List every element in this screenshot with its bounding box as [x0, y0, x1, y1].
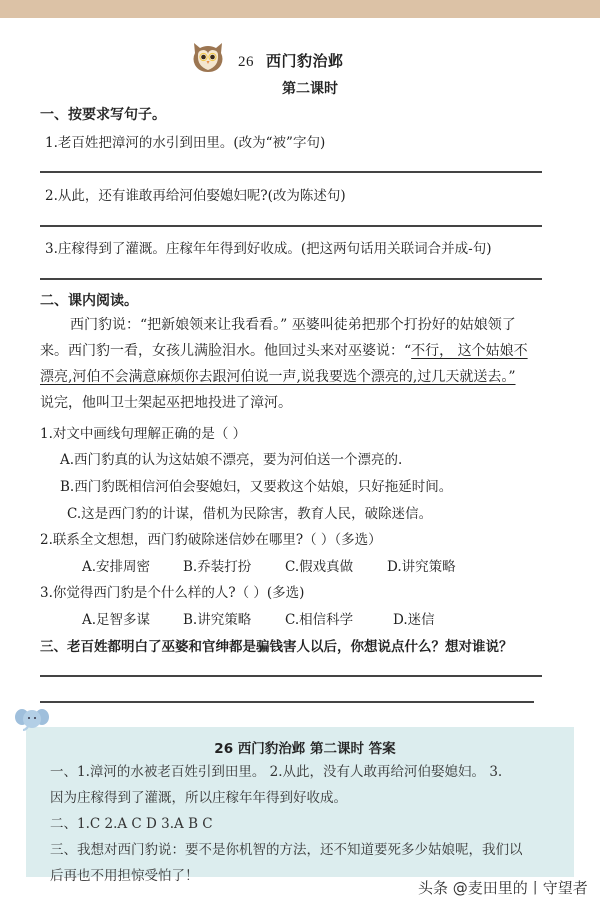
answer-line-3: 二、1.C 2.A C D 3.A B C: [50, 811, 550, 837]
option-2d[interactable]: D.讲究策略: [387, 555, 456, 575]
reading-question-1: 1.对文中画线句理解正确的是（ ）: [40, 422, 246, 442]
option-1c[interactable]: C.这是西门豹的计谋，借机为民除害，教育人民，破除迷信。: [67, 502, 432, 522]
lesson-header: 26西门豹治邺: [0, 36, 600, 76]
answer-line[interactable]: [40, 278, 542, 280]
section3-heading: 三、老百姓都明白了巫婆和官绅都是骗钱害人以后，你想说点什么？想对谁说？: [40, 635, 513, 655]
lesson-subtitle: 第二课时: [0, 78, 600, 98]
answer-line-2: 因为庄稼得到了灌溉，所以庄稼年年得到好收成。: [50, 785, 550, 811]
option-3a[interactable]: A.足智多谋: [82, 608, 150, 628]
lesson-title: 26西门豹治邺: [238, 50, 344, 71]
option-3b[interactable]: B.讲究策略: [183, 608, 251, 628]
underlined-sentence: 漂亮,河伯不会满意麻烦你去跟河伯说一声,说我要选个漂亮的,过几天就送去。”: [40, 369, 516, 385]
answer-line[interactable]: [40, 701, 534, 703]
answer-line[interactable]: [40, 171, 542, 173]
passage-line-2: 来。西门豹一看，女孩儿满脸泪水。他回过头来对巫婆说：“不行， 这个姑娘不: [40, 338, 545, 364]
section2-heading: 二、课内阅读。: [40, 290, 138, 310]
passage-line-4: 说完，他叫卫士架起巫把地投进了漳河。: [40, 390, 545, 416]
option-2c[interactable]: C.假戏真做: [285, 555, 353, 575]
section1-heading: 一、按要求写句子。: [40, 104, 166, 124]
option-2a[interactable]: A.安排周密: [82, 555, 150, 575]
answer-line-4: 三、我想对西门豹说：要不是你机智的方法，还不知道要死多少姑娘呢，我们以: [50, 837, 550, 863]
option-2b[interactable]: B.乔装打扮: [183, 555, 251, 575]
underlined-sentence: 不行， 这个姑娘不: [411, 343, 527, 359]
option-1a[interactable]: A.西门豹真的认为这姑娘不漂亮，要为河伯送一个漂亮的.: [60, 448, 402, 468]
option-3c[interactable]: C.相信科学: [285, 608, 353, 628]
owl-icon: [191, 39, 225, 73]
lesson-number: 26: [238, 54, 254, 70]
passage-text: 来。西门豹一看，女孩儿满脸泪水。他回过头来对巫婆说：“: [40, 343, 411, 359]
section1-question-1: 1.老百姓把漳河的水引到田里。(改为“被”字句): [45, 131, 325, 151]
passage-line-1: 西门豹说：“把新娘领来让我看看。” 巫婆叫徒弟把那个打扮好的姑娘领了: [40, 312, 545, 338]
section1-question-2: 2.从此，还有谁敢再给河伯娶媳妇呢?(改为陈述句): [45, 184, 346, 204]
elephant-icon: [15, 707, 49, 733]
lesson-name: 西门豹治邺: [266, 52, 344, 70]
section1-question-3: 3.庄稼得到了灌溉。庄稼年年得到好收成。(把这两句话用关联词合并成-句): [45, 237, 491, 257]
answer-key-title: 26 西门豹治邺 第二课时 答案: [0, 737, 600, 757]
reading-question-3: 3.你觉得西门豹是个什么样的人?（ ）(多选): [40, 581, 304, 601]
answer-line[interactable]: [40, 675, 542, 677]
answer-key-content: 一、1.漳河的水被老百姓引到田里。 2.从此，没有人敢再给河伯娶媳妇。 3. 因…: [50, 759, 550, 889]
reading-question-2: 2.联系全文想想，西门豹破除迷信妙在哪里?（ ）（多选）: [40, 528, 382, 548]
option-1b[interactable]: B.西门豹既相信河伯会娶媳妇，又要救这个姑娘，只好拖延时间。: [60, 475, 452, 495]
top-color-band: [0, 0, 600, 18]
passage-line-3: 漂亮,河伯不会满意麻烦你去跟河伯说一声,说我要选个漂亮的,过几天就送去。”: [40, 364, 545, 390]
watermark: 头条 @麦田里的丨守望者: [418, 877, 588, 898]
answer-line[interactable]: [40, 225, 542, 227]
answer-line-1: 一、1.漳河的水被老百姓引到田里。 2.从此，没有人敢再给河伯娶媳妇。 3.: [50, 759, 550, 785]
option-3d[interactable]: D.迷信: [393, 608, 435, 628]
reading-passage: 西门豹说：“把新娘领来让我看看。” 巫婆叫徒弟把那个打扮好的姑娘领了 来。西门豹…: [40, 312, 545, 416]
